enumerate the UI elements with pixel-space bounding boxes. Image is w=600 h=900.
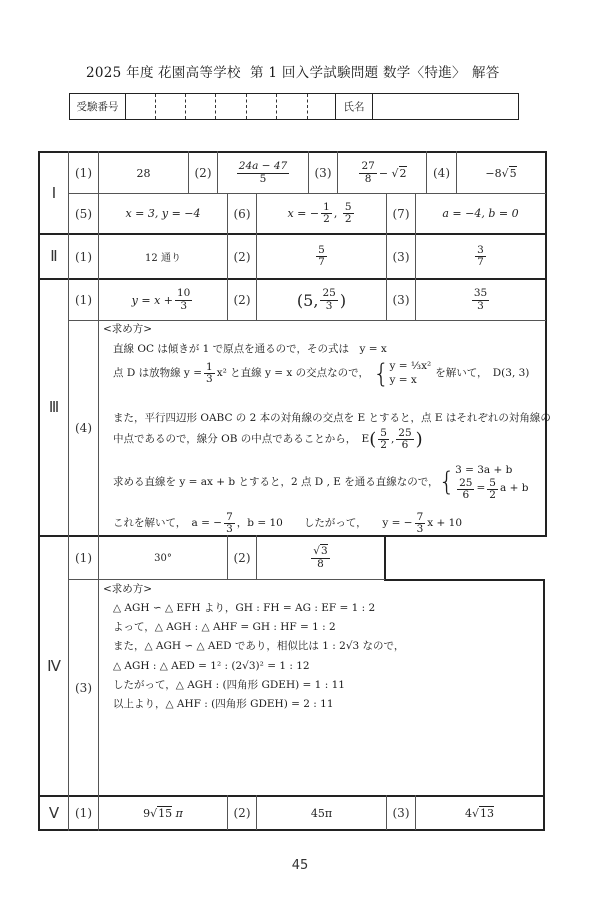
q4-1-label: (1): [69, 537, 98, 579]
q1-1-answer: 28: [99, 153, 188, 193]
fraction-denominator: 3: [324, 301, 335, 312]
fraction-denominator: 6: [460, 490, 471, 501]
q3-1-label: (1): [69, 280, 98, 320]
q4-3-label: (3): [69, 580, 98, 795]
fraction-denominator: 2: [343, 214, 354, 225]
minus-sign: −: [379, 167, 388, 180]
q5-1-answer: 9√15 π: [99, 797, 227, 829]
name-field[interactable]: [372, 94, 518, 119]
q3-2-answer: (5, 253 ): [257, 280, 386, 320]
work-text: 点 D は放物線 y =: [113, 368, 202, 379]
exam-number-digit-4[interactable]: [215, 94, 246, 119]
open-paren: (5,: [297, 291, 319, 310]
work-heading: <求め方>: [103, 324, 152, 335]
work-line: また，△ AGH ∽ △ AED であり，相似比は 1 : 2√3 なので，: [113, 641, 404, 652]
coefficient: 4: [465, 807, 472, 820]
work-text: これを解いて， a = −: [113, 518, 222, 529]
fraction-denominator: 6: [400, 440, 411, 451]
q1-3-label: (3): [309, 153, 337, 193]
q1-5-answer: x = 3, y = −4: [99, 194, 227, 233]
work-text: x + 10: [427, 518, 462, 529]
equation-system: y = ⅓x² y = x: [390, 360, 432, 387]
title-exam: 第 1 回入学試験問題: [250, 61, 378, 81]
q1-6-answer: x = − 12, 52: [257, 194, 386, 233]
grid-line: [68, 320, 546, 321]
fraction-numerator: 10: [175, 288, 192, 300]
section-3-label: Ⅲ: [40, 280, 68, 535]
q1-3-answer: 278 − √2: [338, 153, 426, 193]
q4-2-answer: √38: [257, 537, 384, 579]
name-label: 氏名: [335, 94, 372, 119]
exam-number-digit-3[interactable]: [185, 94, 215, 119]
work-line: これを解いて， a = − 73 ，b = 10 したがって， y = − 73…: [113, 512, 462, 535]
exam-number-digit-7[interactable]: [307, 94, 335, 119]
q3-3-answer: 353: [416, 280, 545, 320]
grid-border: [38, 829, 545, 831]
q2-3-answer: 37: [416, 235, 545, 278]
close-paren: ): [340, 291, 346, 310]
q3-4-label: (4): [69, 321, 98, 535]
answer-prefix: x = −: [287, 207, 319, 220]
fraction-denominator: 3: [204, 374, 215, 385]
work-line: 中点であるので，線分 OB の中点であることから， E ( 52, 256 ): [113, 428, 423, 451]
equation-system: 3 = 3a + b 256= 52 a + b: [455, 464, 528, 501]
work-line: △ AGH : △ AED = 1² : (2√3)² = 1 : 12: [113, 661, 310, 672]
q2-1-label: (1): [69, 235, 98, 278]
fraction-numerator: 5: [487, 478, 498, 490]
coefficient: −8: [485, 167, 501, 180]
fraction-denominator: 2: [378, 440, 389, 451]
q1-7-answer: a = −4, b = 0: [416, 194, 545, 233]
q2-3-label: (3): [387, 235, 415, 278]
answer-text: a = −4, b = 0: [442, 207, 518, 220]
work-line: 直線 OC は傾きが 1 で原点を通るので，その式は y = x: [113, 344, 387, 355]
work-line: したがって，△ AGH : (四角形 GDEH) = 1 : 11: [113, 680, 345, 691]
q3-3-label: (3): [387, 280, 415, 320]
page-number: 45: [0, 858, 600, 873]
fraction-denominator: 2: [487, 490, 498, 501]
q1-6-label: (6): [228, 194, 256, 233]
fraction-numerator: 27: [359, 161, 376, 173]
work-text: x² と直線 y = x の交点なので，: [217, 368, 369, 379]
q5-2-answer: 45π: [257, 797, 386, 829]
exam-number-label: 受験番号: [70, 94, 125, 119]
equation: y = ⅓x²: [390, 360, 432, 374]
equation: 256= 52 a + b: [455, 478, 528, 501]
work-line: △ AGH ∽ △ EFH より，GH : FH = AG : EF = 1 :…: [113, 603, 375, 614]
q1-2-answer: 24a − 475: [218, 153, 308, 193]
q5-2-label: (2): [228, 797, 256, 829]
fraction-denominator: 3: [475, 301, 486, 312]
q1-7-label: (7): [387, 194, 415, 233]
exam-number-digit-6[interactable]: [276, 94, 307, 119]
fraction-denominator: 8: [363, 174, 374, 185]
separator: ,: [334, 207, 338, 220]
fraction-denominator: 3: [224, 524, 235, 535]
radicand: 2: [399, 166, 407, 180]
pi-symbol: π: [176, 807, 183, 820]
work-text: 中点であるので，線分 OB の中点であることから， E: [113, 434, 369, 445]
grid-border: [384, 535, 386, 580]
fraction-numerator: 25: [457, 478, 474, 490]
work-line: 点 D は放物線 y = 13 x² と直線 y = x の交点なので， { y…: [113, 360, 529, 387]
q2-1-answer: 12 通り: [99, 235, 227, 278]
fraction-numerator: 24a − 47: [239, 160, 287, 172]
fraction-denominator: 8: [315, 559, 326, 570]
equation: 3 = 3a + b: [455, 464, 528, 478]
exam-id-box: 受験番号 氏名: [69, 93, 519, 120]
fraction-denominator: 3: [178, 301, 189, 312]
section-1-label: Ⅰ: [40, 153, 68, 233]
radicand: 15: [157, 806, 172, 820]
exam-number-digit-1[interactable]: [125, 94, 155, 119]
q1-5-label: (5): [69, 194, 98, 233]
section-5-label: Ⅴ: [40, 797, 68, 829]
section-4-label: Ⅳ: [40, 537, 68, 795]
q1-2-label: (2): [189, 153, 217, 193]
fraction-numerator: 35: [472, 288, 489, 300]
work-line: 以上より，△ AHF : (四角形 GDEH) = 2 : 11: [113, 699, 334, 710]
q5-3-answer: 4√13: [416, 797, 543, 829]
title-school: 花園高等学校: [158, 61, 241, 81]
exam-number-digit-2[interactable]: [155, 94, 185, 119]
fraction-denominator: 2: [321, 214, 332, 225]
fraction-numerator: 25: [320, 288, 337, 300]
q1-4-answer: −8√5: [457, 153, 545, 193]
q2-2-answer: 57: [257, 235, 386, 278]
work-line: よって，△ AGH : △ AHF = GH : HF = 1 : 2: [113, 622, 336, 633]
fraction-denominator: 5: [258, 174, 269, 185]
fraction-denominator: 7: [316, 257, 327, 268]
work-heading: <求め方>: [103, 584, 152, 595]
title-year: 2025 年度: [86, 61, 154, 81]
radicand: 13: [479, 806, 494, 820]
fraction-denominator: 3: [415, 524, 426, 535]
q5-3-label: (3): [387, 797, 415, 829]
answer-prefix: y = x +: [132, 294, 173, 307]
exam-number-digit-5[interactable]: [246, 94, 276, 119]
q2-2-label: (2): [228, 235, 256, 278]
q1-4-label: (4): [427, 153, 456, 193]
equation: y = x: [390, 374, 432, 388]
grid-border: [545, 151, 547, 535]
q1-1-label: (1): [69, 153, 98, 193]
title-subject: 数学〈特進〉: [383, 61, 466, 81]
brace: {: [439, 469, 456, 495]
brace: {: [373, 361, 390, 387]
radicand: 3: [320, 544, 328, 557]
grid-border: [384, 579, 545, 581]
work-text: ，b = 10 したがって， y = −: [237, 518, 413, 529]
work-line: 求める直線を y = ax + b とすると，2 点 D , E を通る直線なの…: [113, 464, 528, 501]
q4-2-label: (2): [228, 537, 256, 579]
title-label: 解答: [472, 61, 500, 81]
work-text: 求める直線を y = ax + b とすると，2 点 D , E を通る直線なの…: [113, 477, 439, 488]
work-line: また，平行四辺形 OABC の 2 本の対角線の交点を E とすると，点 E は…: [113, 413, 551, 424]
answer-text: x = 3, y = −4: [125, 207, 200, 220]
q3-2-label: (2): [228, 280, 256, 320]
fraction-denominator: 7: [475, 257, 486, 268]
grid-border: [543, 579, 545, 831]
radicand: 5: [509, 166, 517, 180]
q4-1-answer: 30°: [99, 537, 227, 579]
coefficient: 9: [143, 807, 150, 820]
equation-tail: a + b: [500, 482, 528, 496]
section-2-label: Ⅱ: [40, 235, 68, 278]
work-text: を解いて， D(3, 3): [435, 368, 529, 379]
q3-1-answer: y = x + 103: [99, 280, 227, 320]
q5-1-label: (1): [69, 797, 98, 829]
